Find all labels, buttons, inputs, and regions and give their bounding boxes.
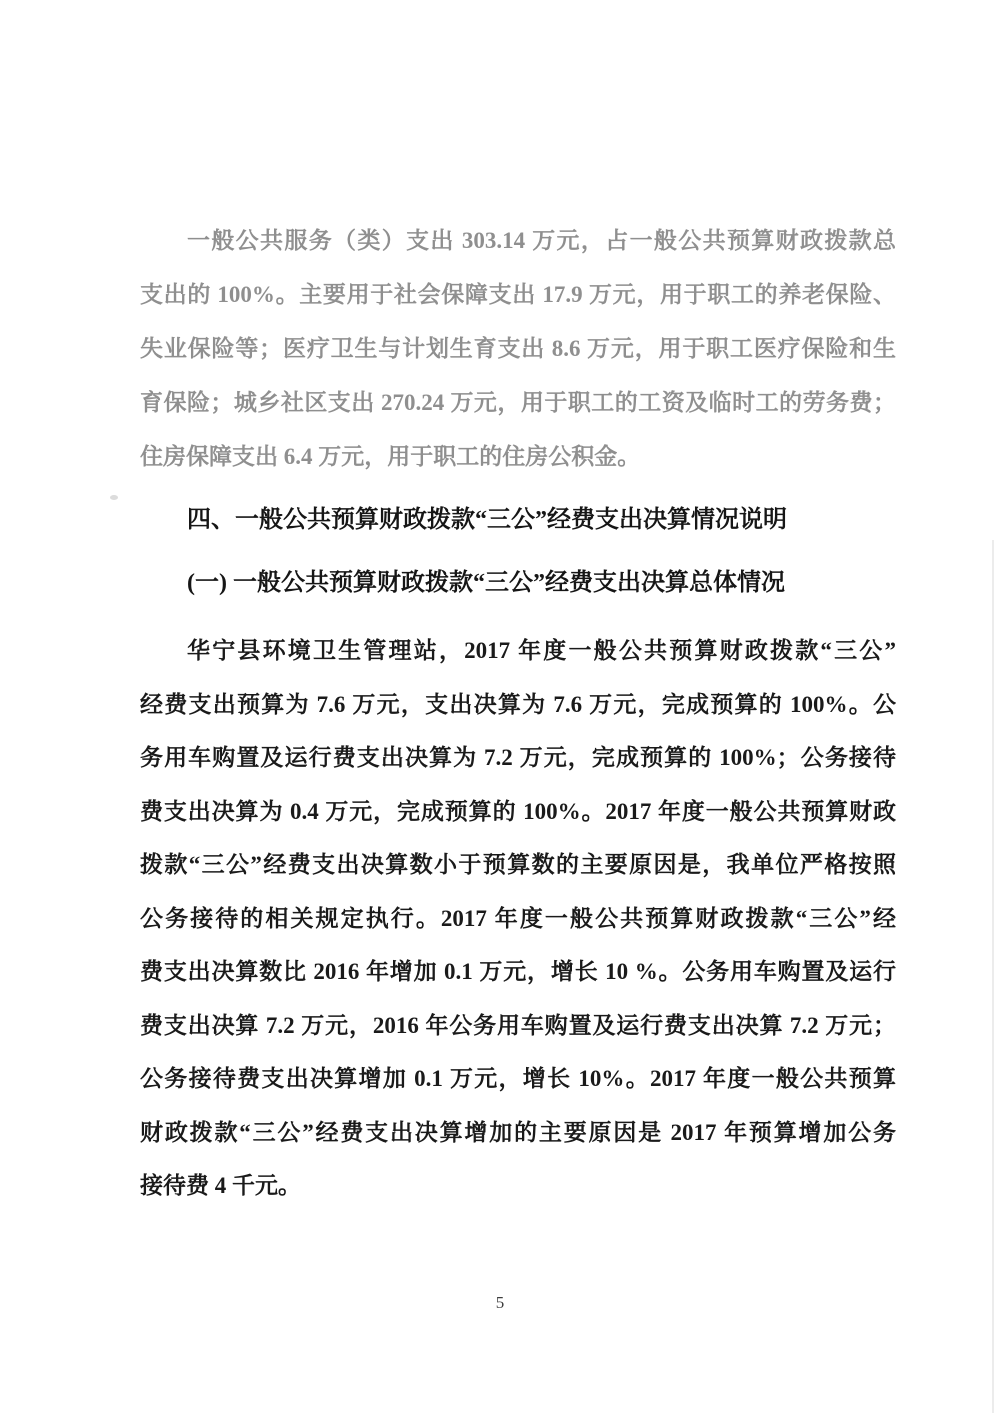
scan-edge-artifact bbox=[992, 540, 994, 1413]
paragraph-line: 费支出决算为 0.4 万元，完成预算的 100%。2017 年度一般公共预算财政 bbox=[140, 785, 896, 839]
paragraph-line: 失业保险等；医疗卫生与计划生育支出 8.6 万元，用于职工医疗保险和生 bbox=[140, 322, 896, 376]
paragraph-line: 财政拨款“三公”经费支出决算增加的主要原因是 2017 年预算增加公务 bbox=[140, 1106, 896, 1160]
scan-smudge bbox=[110, 495, 118, 500]
document-page: 一般公共服务（类）支出 303.14 万元，占一般公共预算财政拨款总 支出的 1… bbox=[0, 0, 1000, 1413]
paragraph-line: 务用车购置及运行费支出决算为 7.2 万元，完成预算的 100%；公务接待 bbox=[140, 731, 896, 785]
paragraph-three-public-funds: 华宁县环境卫生管理站，2017 年度一般公共预算财政拨款“三公” 经费支出预算为… bbox=[140, 624, 896, 1213]
paragraph-line: 费支出决算 7.2 万元，2016 年公务用车购置及运行费支出决算 7.2 万元… bbox=[140, 999, 896, 1053]
page-number: 5 bbox=[0, 1293, 1000, 1313]
paragraph-line: 经费支出预算为 7.6 万元，支出决算为 7.6 万元，完成预算的 100%。公 bbox=[140, 678, 896, 732]
paragraph-line: 支出的 100%。主要用于社会保障支出 17.9 万元，用于职工的养老保险、 bbox=[140, 268, 896, 322]
section-heading-four: 四、一般公共预算财政拨款“三公”经费支出决算情况说明 bbox=[187, 494, 787, 546]
paragraph-line: 一般公共服务（类）支出 303.14 万元，占一般公共预算财政拨款总 bbox=[140, 214, 896, 268]
paragraph-line: 华宁县环境卫生管理站，2017 年度一般公共预算财政拨款“三公” bbox=[140, 624, 896, 678]
paragraph-line: 拨款“三公”经费支出决算数小于预算数的主要原因是，我单位严格按照 bbox=[140, 838, 896, 892]
paragraph-line: 费支出决算数比 2016 年增加 0.1 万元，增长 10 %。公务用车购置及运… bbox=[140, 945, 896, 999]
paragraph-line: 接待费 4 千元。 bbox=[140, 1159, 896, 1213]
paragraph-expenditure-breakdown: 一般公共服务（类）支出 303.14 万元，占一般公共预算财政拨款总 支出的 1… bbox=[140, 214, 896, 484]
paragraph-line: 公务接待的相关规定执行。2017 年度一般公共预算财政拨款“三公”经 bbox=[140, 892, 896, 946]
subsection-heading-one: (一) 一般公共预算财政拨款“三公”经费支出决算总体情况 bbox=[187, 557, 785, 609]
paragraph-line: 公务接待费支出决算增加 0.1 万元，增长 10%。2017 年度一般公共预算 bbox=[140, 1052, 896, 1106]
paragraph-line: 育保险；城乡社区支出 270.24 万元，用于职工的工资及临时工的劳务费； bbox=[140, 376, 896, 430]
paragraph-line: 住房保障支出 6.4 万元，用于职工的住房公积金。 bbox=[140, 430, 896, 484]
